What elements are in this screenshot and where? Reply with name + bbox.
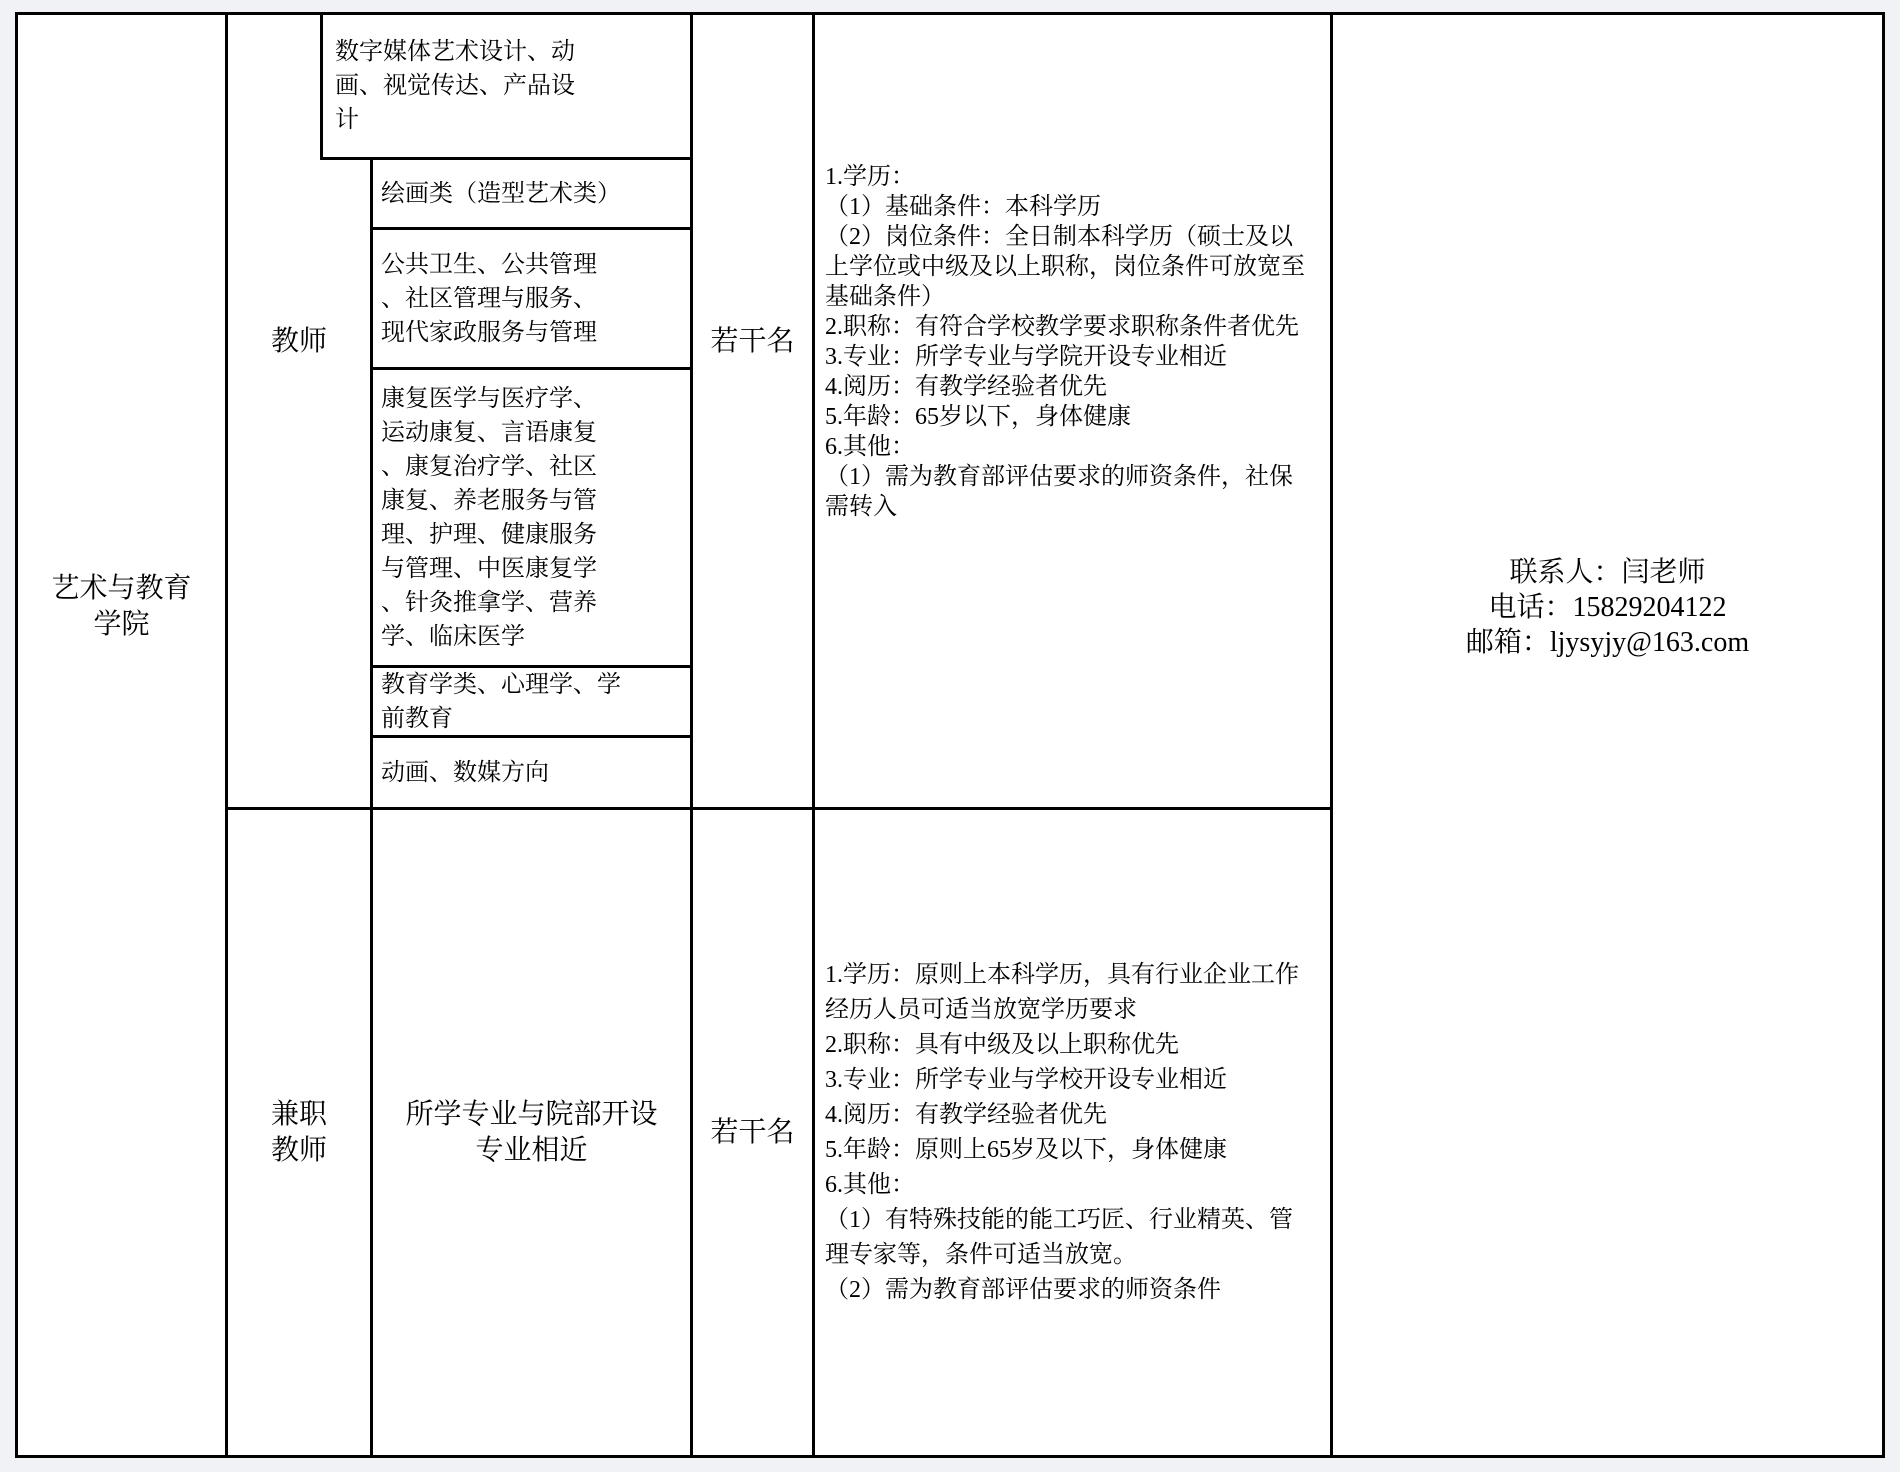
count-cell-teacher: 若干名 — [693, 0, 812, 738]
contact-cell: 联系人：闫老师 电话：15829204122 邮箱：ljysyjy@163.co… — [1333, 0, 1882, 1327]
document-page: 艺术与教育 学院 联系人：闫老师 电话：15829204122 邮箱：ljysy… — [0, 0, 1900, 1472]
majors-cell-6: 动画、数媒方向 — [373, 738, 698, 807]
majors-cell-4: 康复医学与医疗学、 运动康复、言语康复 、康复治疗学、社区 康复、养老服务与管 … — [373, 370, 698, 665]
majors-cell-3: 公共卫生、公共管理 、社区管理与服务、 现代家政服务与管理 — [373, 230, 698, 367]
recruitment-table: 艺术与教育 学院 联系人：闫老师 电话：15829204122 邮箱：ljysy… — [15, 12, 1885, 1458]
college-cell: 艺术与教育 学院 — [18, 0, 225, 1327]
table-border-right — [1882, 12, 1885, 1458]
requirements-cell-parttime: 1.学历：原则上本科学历，具有行业企业工作 经历人员可适当放宽学历要求 2.职称… — [815, 810, 1340, 1455]
count-cell-parttime: 若干名 — [693, 810, 812, 1455]
table-border-bottom — [15, 1455, 1885, 1458]
position-cell-parttime-teacher: 兼职 教师 — [228, 810, 370, 1455]
majors-cell-5: 教育学类、心理学、学 前教育 — [373, 668, 698, 735]
requirements-cell-teacher: 1.学历： （1）基础条件：本科学历 （2）岗位条件：全日制本科学历（硕士及以 … — [815, 0, 1340, 738]
majors-cell-parttime: 所学专业与院部开设 专业相近 — [373, 810, 690, 1455]
majors-cell-2: 绘画类（造型艺术类） — [373, 160, 698, 227]
majors-cell-1: 数字媒体艺术设计、动 画、视觉传达、产品设 计 — [323, 15, 702, 157]
